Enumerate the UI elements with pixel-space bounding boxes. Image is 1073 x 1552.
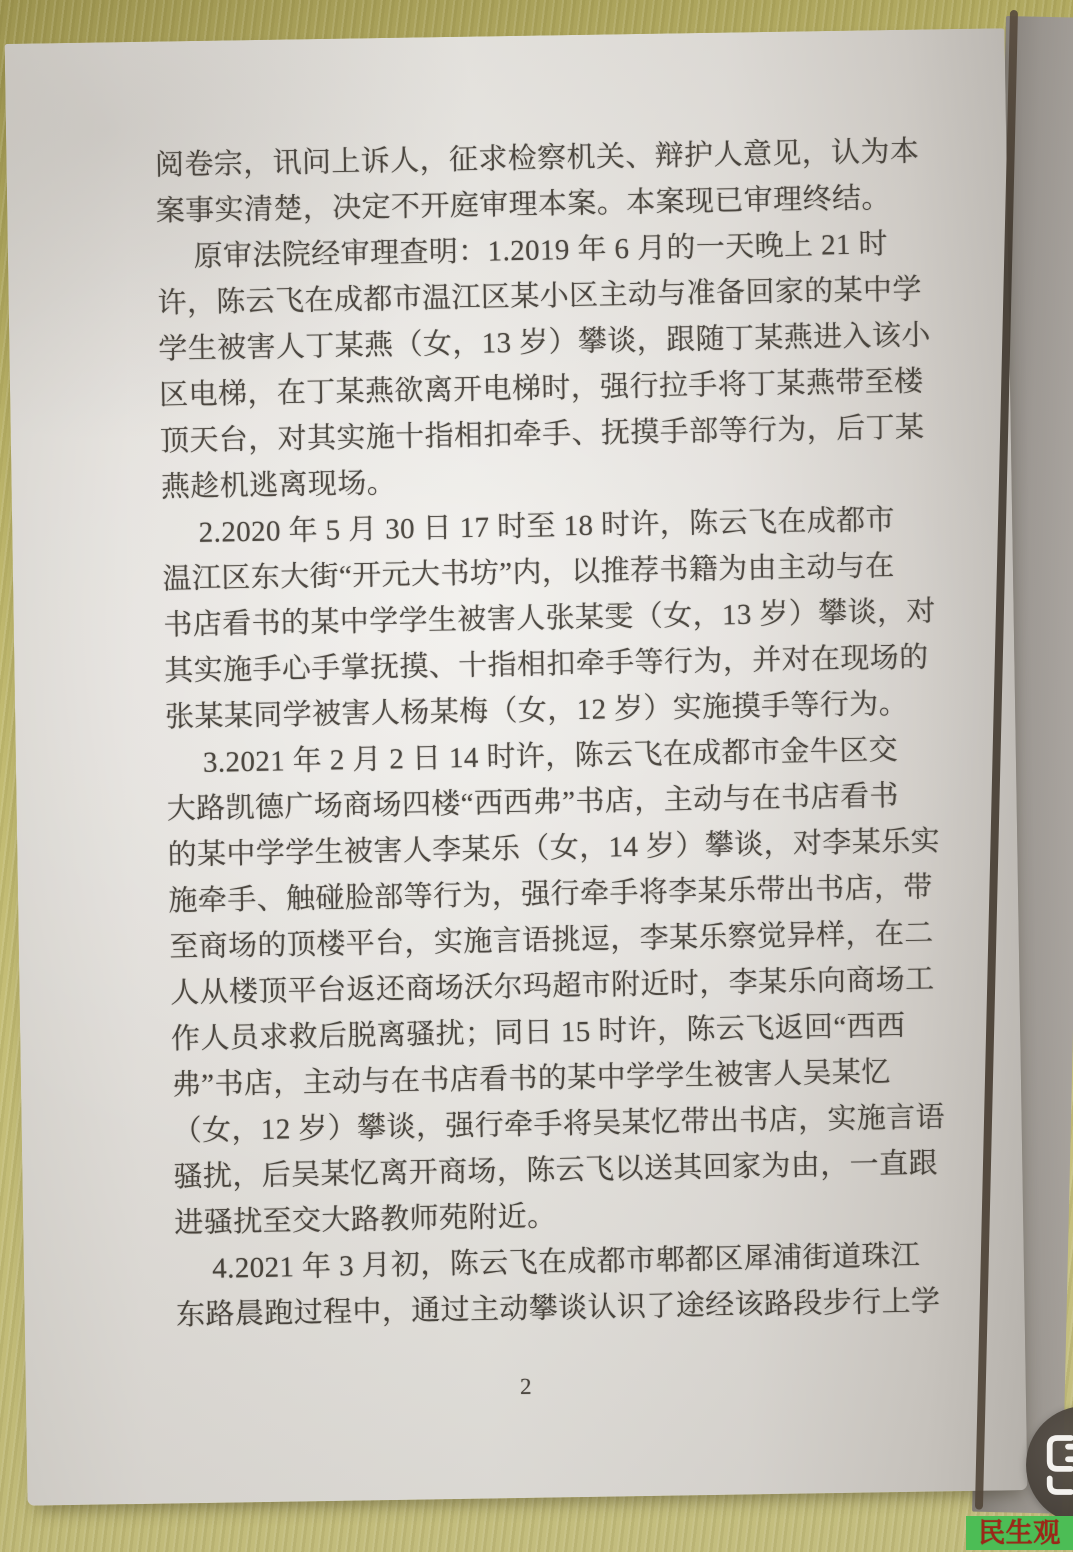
document-page: 阅卷宗，讯问上诉人，征求检察机关、辩护人意见，认为本案事实清楚，决定不开庭审理本… bbox=[5, 28, 1028, 1506]
panel-list-icon bbox=[1042, 1430, 1073, 1500]
watermark-badge: 民生观察 bbox=[966, 1516, 1073, 1550]
document-text: 阅卷宗，讯问上诉人，征求检察机关、辩护人意见，认为本案事实清楚，决定不开庭审理本… bbox=[155, 128, 977, 1338]
photo-scene: 阅卷宗，讯问上诉人，征求检察机关、辩护人意见，认为本案事实清楚，决定不开庭审理本… bbox=[0, 0, 1073, 1552]
page-number: 2 bbox=[26, 1366, 1026, 1408]
